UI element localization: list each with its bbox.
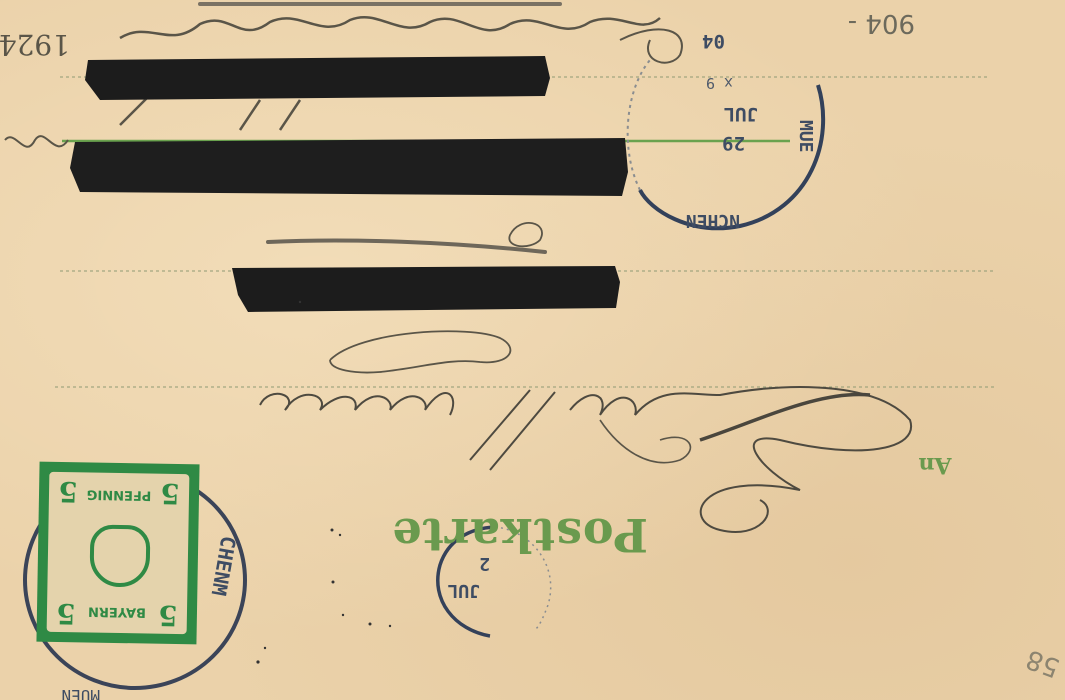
stamp-value-corner: 5: [51, 598, 82, 629]
bavarian-crest-icon: [89, 525, 150, 588]
stamp-value-corner: 5: [53, 476, 84, 507]
pencil-reference-number: 904 -: [815, 6, 915, 40]
handwriting-number: 1924: [0, 28, 70, 61]
svg-text:CHENM: CHENM: [207, 534, 241, 597]
postcard: 1924 04 JUL 29 x 9 MUE NCHEN J: [0, 0, 1065, 700]
handwriting-swirl: [600, 420, 690, 463]
svg-text:04: 04: [702, 30, 725, 52]
svg-text:NCHEN: NCHEN: [686, 210, 740, 231]
handwriting-loop: [509, 223, 542, 246]
svg-text:x 9: x 9: [706, 74, 733, 92]
svg-text:MUE: MUE: [795, 120, 816, 153]
redaction-bar-1: [85, 56, 550, 100]
handwriting-underline-mid: [268, 240, 545, 252]
stamp-value-corner: 5: [155, 478, 186, 509]
stamp-frame: PFENNIG BAYERN 5 5 5 5: [45, 470, 192, 636]
stamp-value-corner: 5: [153, 600, 184, 631]
handwriting-initial-loop: [330, 331, 510, 372]
handwriting-flourish: [620, 29, 682, 62]
handwriting-left-fragment: [5, 136, 68, 147]
handwriting-top: [120, 17, 660, 38]
svg-text:29: 29: [722, 132, 745, 154]
printed-postkarte-heading: Postkarte: [418, 500, 648, 570]
printed-address-prefix: An: [905, 450, 965, 480]
svg-text:JUL: JUL: [724, 103, 758, 125]
postage-stamp: PFENNIG BAYERN 5 5 5 5: [36, 462, 199, 645]
svg-text:JUL: JUL: [447, 580, 480, 601]
handwriting-strokes: [120, 95, 300, 130]
redaction-bar-2: [70, 138, 628, 196]
redaction-bar-3: [232, 266, 620, 312]
handwriting-address-stroke: [700, 394, 870, 440]
paper-speckles: [256, 301, 391, 664]
svg-text:MUEN: MUEN: [61, 686, 100, 700]
